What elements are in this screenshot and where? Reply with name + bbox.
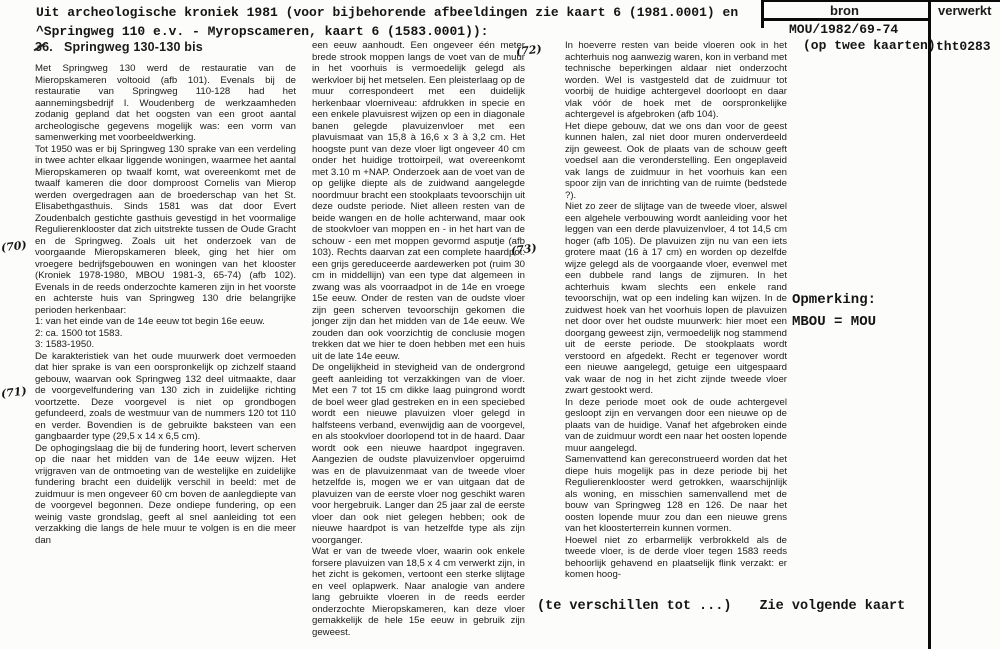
paragraph: 3: 1583-1950. [35,339,296,351]
paragraph: 2: ca. 1500 tot 1583. [35,328,296,340]
article-column-3: In hoeverre resten van beide vloeren ook… [565,40,787,581]
paragraph: een eeuw aanhoudt. Een ongeveer één mete… [312,40,525,362]
column-header-verwerkt: verwerkt [938,3,991,18]
document-header: Uit archeologische kroniek 1981 (voor bi… [36,3,738,41]
column-1-text: Met Springweg 130 werd de restauratie va… [35,63,296,546]
header-line-2: ^Springweg 110 e.v. - Myropscameren, kaa… [36,22,738,41]
margin-page-mark-71: (71) [0,384,27,400]
margin-page-mark-70: (70) [0,238,27,254]
source-reference-line-1: MOU/1982/69-74 [789,22,936,38]
paragraph: In hoeverre resten van beide vloeren ook… [565,40,787,121]
table-column-divider [928,0,931,649]
paragraph: Wat er van de tweede vloer, waarin ook e… [312,546,525,638]
paragraph: De ophogingslaag die bij de fundering ho… [35,443,296,547]
article-heading: 36.Springweg 130-130 bis [35,40,296,54]
paragraph: In deze periode moet ook de oude achterg… [565,397,787,455]
paragraph: Tot 1950 was er bij Springweg 130 sprake… [35,144,296,317]
table-header-underline [761,18,931,21]
column-header-bron: bron [761,3,928,18]
paragraph: Niet zo zeer de slijtage van de tweede v… [565,201,787,397]
footer-note-right: Zie volgende kaart [759,599,905,614]
source-reference: MOU/1982/69-74 (op twee kaarten) [789,22,936,54]
article-number-struck: 36. [35,40,53,54]
column-3-text: In hoeverre resten van beide vloeren ook… [565,40,787,581]
footer-note-left: (te verschillen tot ...) [537,599,731,614]
article-body: 36.Springweg 130-130 bis Met Springweg 1… [35,40,787,638]
column-2-text: een eeuw aanhoudt. Een ongeveer één mete… [312,40,525,638]
article-title: Springweg 130-130 bis [64,40,203,54]
header-line-1: Uit archeologische kroniek 1981 (voor bi… [36,3,738,22]
footer-note: (te verschillen tot ...)Zie volgende kaa… [537,599,905,614]
table-top-border [761,0,1000,2]
remark-note: Opmerking: MBOU = MOU [792,289,876,333]
paragraph: Hoewel niet zo erbarmelijk verbrokkeld a… [565,535,787,581]
remark-text: MBOU = MOU [792,311,876,333]
paragraph: De karakteristiek van het oude muurwerk … [35,351,296,443]
paragraph: 1: van het einde van de 14e eeuw tot beg… [35,316,296,328]
remark-label: Opmerking: [792,289,876,311]
source-reference-line-2: (op twee kaarten) [789,38,936,54]
article-column-2: een eeuw aanhoudt. Een ongeveer één mete… [312,40,525,638]
article-column-1: 36.Springweg 130-130 bis Met Springweg 1… [35,40,296,546]
processed-code: tht0283 [936,39,991,54]
paragraph: Het diepe gebouw, dat we ons dan voor de… [565,121,787,202]
scanned-document-page: Uit archeologische kroniek 1981 (voor bi… [0,0,1000,649]
paragraph: Samenvattend kan gereconstrueerd worden … [565,454,787,535]
paragraph: De ongelijkheid in stevigheid van de ond… [312,362,525,546]
paragraph: Met Springweg 130 werd de restauratie va… [35,63,296,144]
